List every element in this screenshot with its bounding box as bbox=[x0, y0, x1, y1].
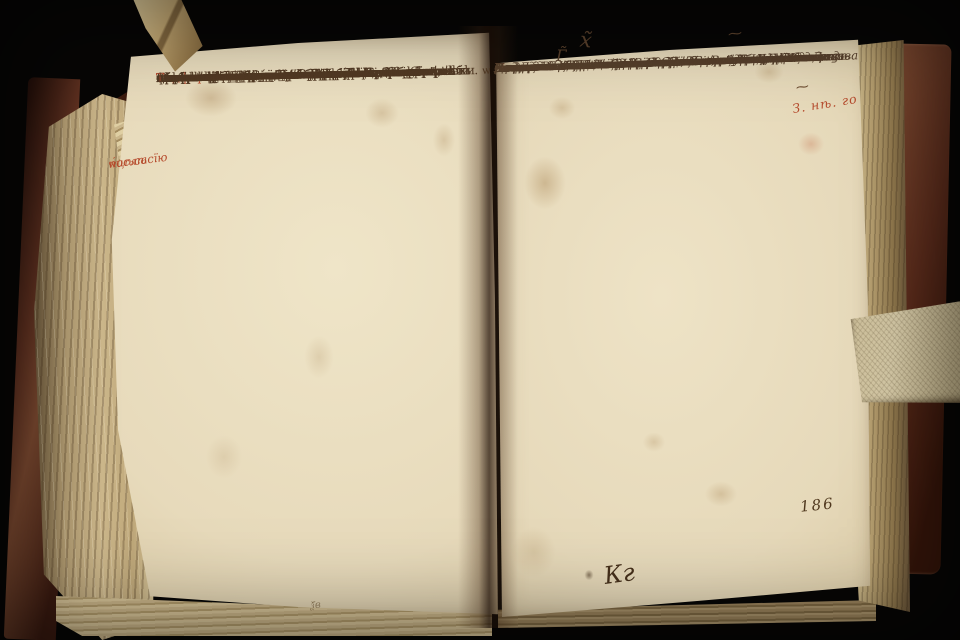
quire-mark-right: Кг bbox=[602, 558, 636, 590]
manuscript-photo: василеи · вⷪфїетомлтїи юцрвѣ тѣровъ Сеѳр… bbox=[0, 0, 960, 640]
right-page-text-block: Престаль лознов Спешшѡ рїѧдоѣвь . Кбѣсел… bbox=[494, 47, 862, 60]
quire-mark-left-faint: ѯ҃в bbox=[310, 600, 322, 612]
gutter-shadow bbox=[458, 26, 518, 628]
ink-flourish-mark: ⁓ bbox=[727, 25, 743, 42]
folio-number: 186 bbox=[799, 494, 835, 516]
ink-flourish-mark: х̃ bbox=[579, 27, 593, 52]
right-page-parchment bbox=[486, 26, 876, 626]
left-page-parchment bbox=[86, 28, 502, 628]
bookmark-tab bbox=[845, 301, 960, 409]
ink-flourish-mark: Г̃ bbox=[556, 46, 567, 65]
ink-flourish-mark: ⁓ bbox=[795, 79, 810, 96]
